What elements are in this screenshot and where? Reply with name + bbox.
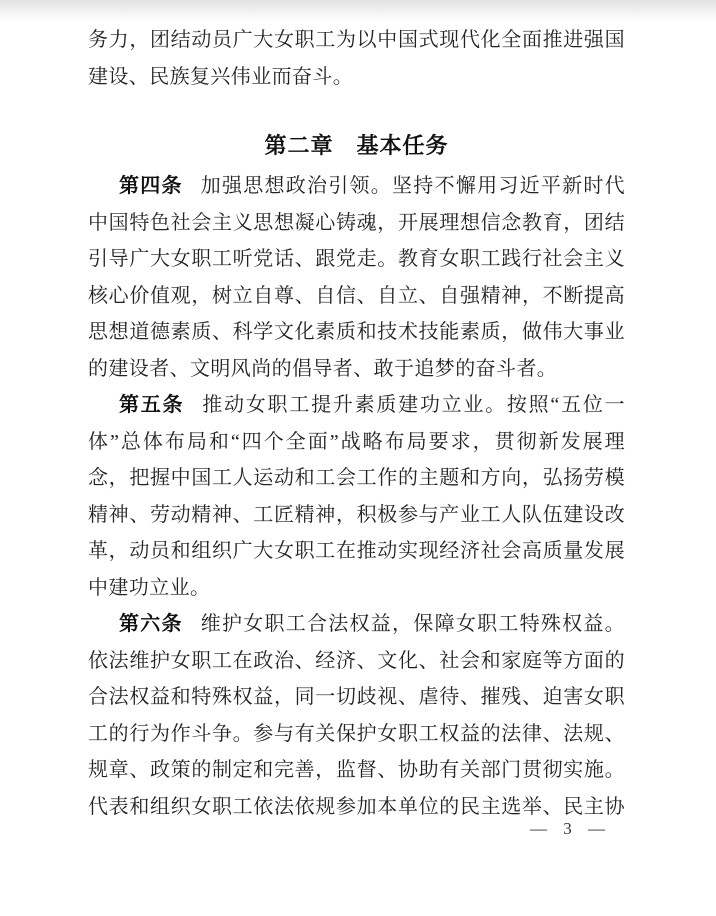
text-line: 引导广大女职工听党话、跟党走。教育女职工践行社会主义 [88, 241, 625, 278]
page-number: — 3 — [0, 820, 607, 838]
text-line: 依法维护女职工在政治、经济、文化、社会和家庭等方面的 [88, 643, 625, 680]
text-line: 精神、劳动精神、工匠精神，积极参与产业工人队伍建设改 [88, 497, 625, 534]
text-line: 思想道德素质、科学文化素质和技术技能素质，做伟大事业 [88, 314, 625, 351]
article-5-paragraph: 第五条推动女职工提升素质建功立业。按照“五位一 体”总体布局和“四个全面”战略布… [88, 387, 625, 606]
text-line: 合法权益和特殊权益，同一切歧视、虐待、摧残、迫害女职 [88, 679, 625, 716]
text-line: 中国特色社会主义思想凝心铸魂，开展理想信念教育，团结 [88, 205, 625, 242]
article-first-line-text: 加强思想政治引领。坚持不懈用习近平新时代 [201, 175, 625, 197]
article-first-line: 第四条加强思想政治引领。坚持不懈用习近平新时代 [88, 168, 625, 205]
text-line: 念，把握中国工人运动和工会工作的主题和方向，弘扬劳模 [88, 460, 625, 497]
text-line: 中建功立业。 [88, 570, 625, 607]
text-line: 规章、政策的制定和完善，监督、协助有关部门贯彻实施。 [88, 752, 625, 789]
article-6-label: 第六条 [119, 613, 183, 635]
paragraph-continuation: 务力，团结动员广大女职工为以中国式现代化全面推进强国 建设、民族复兴伟业而奋斗。 [88, 22, 625, 95]
article-4-label: 第四条 [119, 175, 183, 197]
text-line: 核心价值观，树立自尊、自信、自立、自强精神，不断提高 [88, 278, 625, 315]
scan-top-gradient [0, 0, 716, 22]
text-line: 革，动员和组织广大女职工在推动实现经济社会高质量发展 [88, 533, 625, 570]
chapter-heading: 第二章 基本任务 [88, 128, 625, 165]
article-first-line-text: 推动女职工提升素质建功立业。按照“五位一 [202, 394, 625, 416]
article-first-line: 第五条推动女职工提升素质建功立业。按照“五位一 [88, 387, 625, 424]
text-line: 工的行为作斗争。参与有关保护女职工权益的法律、法规、 [88, 716, 625, 753]
article-first-line: 第六条维护女职工合法权益，保障女职工特殊权益。 [88, 606, 625, 643]
article-first-line-text: 维护女职工合法权益，保障女职工特殊权益。 [201, 613, 625, 635]
article-5-label: 第五条 [119, 394, 184, 416]
article-6-paragraph: 第六条维护女职工合法权益，保障女职工特殊权益。 依法维护女职工在政治、经济、文化… [88, 606, 625, 825]
text-line: 建设、民族复兴伟业而奋斗。 [88, 59, 625, 96]
article-4-paragraph: 第四条加强思想政治引领。坚持不懈用习近平新时代 中国特色社会主义思想凝心铸魂，开… [88, 168, 625, 387]
text-line: 的建设者、文明风尚的倡导者、敢于追梦的奋斗者。 [88, 351, 625, 388]
document-page-content: 务力，团结动员广大女职工为以中国式现代化全面推进强国 建设、民族复兴伟业而奋斗。… [88, 22, 625, 825]
text-line: 体”总体布局和“四个全面”战略布局要求，贯彻新发展理 [88, 424, 625, 461]
text-line: 务力，团结动员广大女职工为以中国式现代化全面推进强国 [88, 22, 625, 59]
